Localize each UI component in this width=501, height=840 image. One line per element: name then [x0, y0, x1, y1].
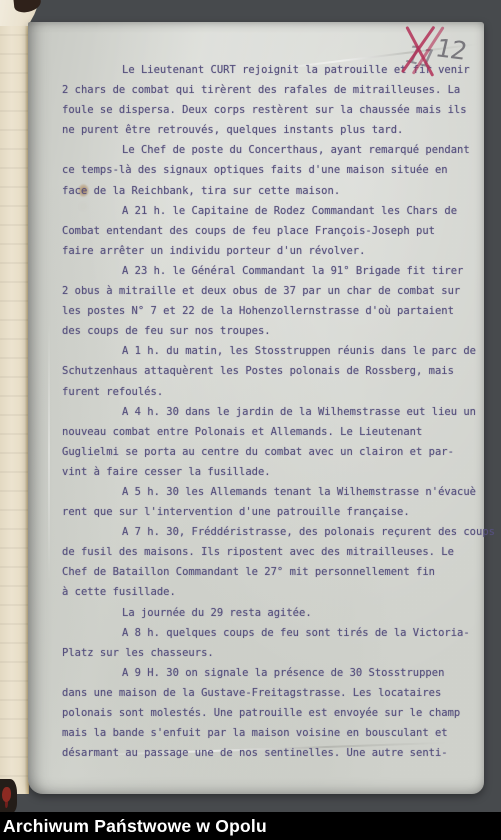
binding-red-marbling [2, 787, 11, 802]
archive-name-label: Archiwum Państwowe w Opolu [3, 816, 267, 837]
text-line: de fusil des maisons. Ils ripostent avec… [62, 542, 468, 562]
text-line: 2 obus à mitraille et deux obus de 37 pa… [62, 281, 468, 301]
text-line: A 7 h. 30, Fréddéristrasse, des polonais… [62, 522, 468, 542]
text-line: dans une maison de la Gustave-Freitagstr… [62, 683, 468, 703]
text-line: Le Chef de poste du Concerthaus, ayant r… [62, 140, 468, 160]
text-line: A 8 h. quelques coups de feu sont tirés … [62, 623, 468, 643]
text-line: A 4 h. 30 dans le jardin de la Wilhemstr… [62, 402, 468, 422]
book-binding-strip [0, 0, 29, 794]
text-line: A 9 H. 30 on signale la présence de 30 S… [62, 663, 468, 683]
text-line: Schutzenhaus attaquèrent les Postes polo… [62, 361, 468, 381]
paper-crease [48, 322, 50, 582]
typewritten-text: Le Lieutenant CURT rejoignit la patrouil… [62, 60, 468, 763]
text-line: des coups de feu sur nos troupes. [62, 321, 468, 341]
text-line: Guglielmi se porta au centre du combat a… [62, 442, 468, 462]
text-line: Combat entendant des coups de feu place … [62, 221, 468, 241]
text-line: les postes N° 7 et 22 de la Hohenzollern… [62, 301, 468, 321]
text-line: furent refoulés. [62, 382, 468, 402]
text-line: nouveau combat entre Polonais et Alleman… [62, 422, 468, 442]
text-line: Platz sur les chasseurs. [62, 643, 468, 663]
text-line: mais la bande s'enfuit par la maison voi… [62, 723, 468, 743]
text-line: 2 chars de combat qui tirèrent des rafal… [62, 80, 468, 100]
text-line: Chef de Bataillon Commandant le 27° mit … [62, 562, 468, 582]
text-line: ne purent être retrouvés, quelques insta… [62, 120, 468, 140]
text-line: A 21 h. le Capitaine de Rodez Commandant… [62, 201, 468, 221]
binding-leather-top [13, 0, 42, 13]
text-line: désarmant au passage une de nos sentinel… [62, 743, 468, 763]
text-line: à cette fusillade. [62, 582, 468, 602]
scanned-page: Le Lieutenant CURT rejoignit la patrouil… [28, 22, 484, 794]
text-line: ce temps-là des signaux optiques faits d… [62, 160, 468, 180]
text-line: A 23 h. le Général Commandant la 91° Bri… [62, 261, 468, 281]
text-line: vint à faire cesser la fusillade. [62, 462, 468, 482]
text-line: polonais sont molestés. Une patrouille e… [62, 703, 468, 723]
text-line: rent que sur l'intervention d'une patrou… [62, 502, 468, 522]
text-line: A 1 h. du matin, les Stosstruppen réunis… [62, 341, 468, 361]
text-line: faire arrêter un individu porteur d'un r… [62, 241, 468, 261]
text-line: face de la Reichbank, tira sur cette mai… [62, 181, 468, 201]
text-line: La journée du 29 resta agitée. [62, 603, 468, 623]
archive-watermark-bar: Archiwum Państwowe w Opolu [0, 812, 501, 840]
text-line: A 5 h. 30 les Allemands tenant la Wilhem… [62, 482, 468, 502]
text-line: foule se dispersa. Deux corps restèrent … [62, 100, 468, 120]
